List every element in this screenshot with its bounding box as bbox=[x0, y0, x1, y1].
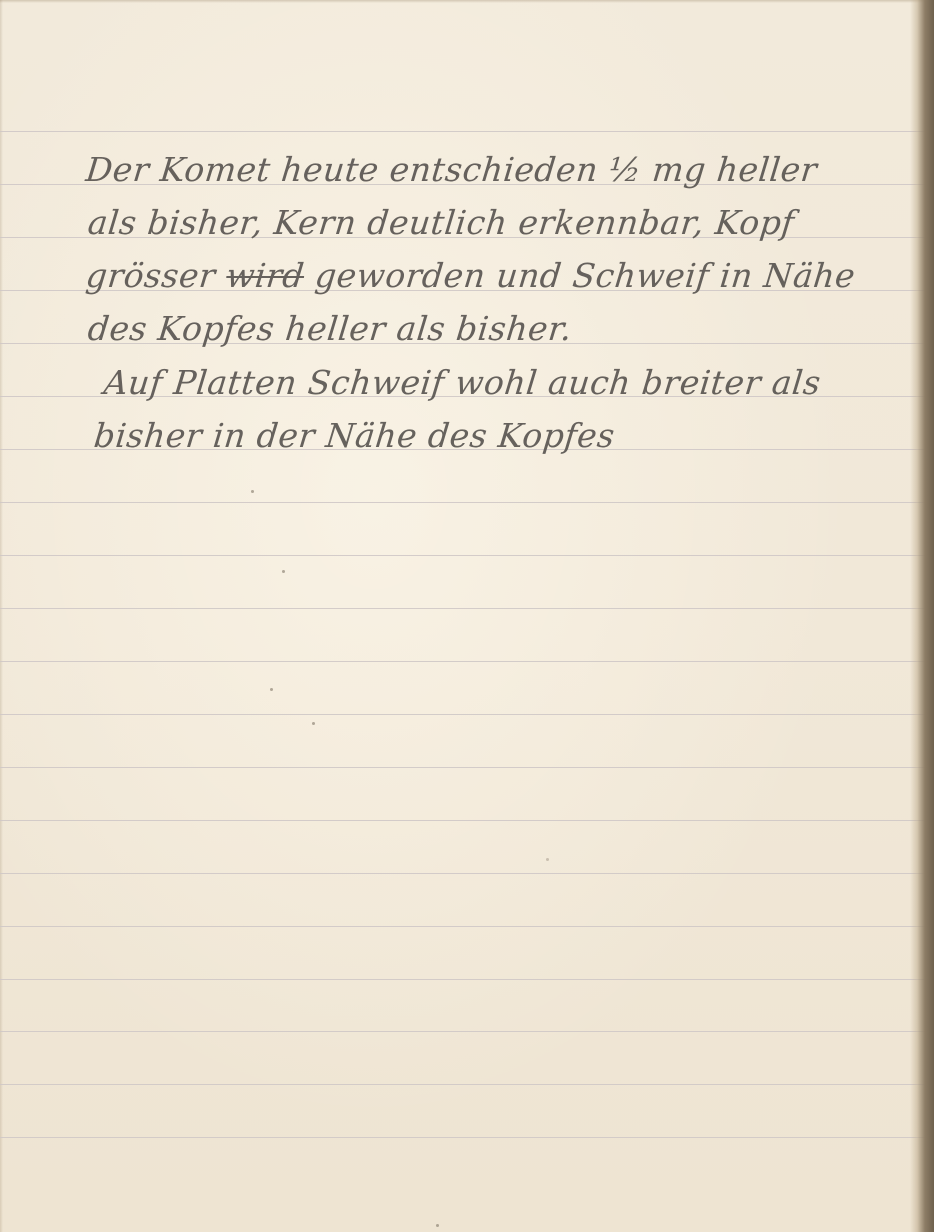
handwriting-text: Auf Platten Schweif wohl auch breiter al… bbox=[102, 363, 823, 402]
binding-gutter-shadow bbox=[910, 0, 934, 1232]
handwriting-line-6: bisher in der Nähe des Kopfes bbox=[92, 416, 617, 455]
handwriting-text: als bisher, Kern deutlich erkennbar, Kop… bbox=[86, 203, 796, 242]
paper-speck bbox=[312, 722, 315, 725]
paper-speck bbox=[251, 490, 254, 493]
handwriting-line-3: grösser wird geworden und Schweif in Näh… bbox=[84, 256, 857, 295]
handwriting-line-1: Der Komet heute entschieden ½ mg heller bbox=[84, 150, 819, 189]
handwriting-text: des Kopfes heller als bisher. bbox=[86, 309, 574, 348]
handwritten-entry: Der Komet heute entschieden ½ mg heller … bbox=[0, 0, 934, 1232]
handwriting-text: Der Komet heute entschieden ½ mg heller bbox=[84, 150, 819, 189]
handwriting-line-4: des Kopfes heller als bisher. bbox=[86, 309, 574, 348]
paper-speck bbox=[270, 688, 273, 691]
paper-speck bbox=[436, 1224, 439, 1227]
handwriting-text: grösser bbox=[84, 256, 229, 295]
paper-speck bbox=[282, 570, 285, 573]
handwriting-line-2: als bisher, Kern deutlich erkennbar, Kop… bbox=[86, 203, 796, 242]
struck-through-word: wird bbox=[224, 256, 306, 295]
handwriting-text: bisher in der Nähe des Kopfes bbox=[92, 416, 617, 455]
handwriting-text: geworden und Schweif in Nähe bbox=[302, 256, 857, 295]
paper-speck bbox=[546, 858, 549, 861]
handwriting-line-5: Auf Platten Schweif wohl auch breiter al… bbox=[102, 363, 823, 402]
notebook-page: Der Komet heute entschieden ½ mg heller … bbox=[0, 0, 934, 1232]
